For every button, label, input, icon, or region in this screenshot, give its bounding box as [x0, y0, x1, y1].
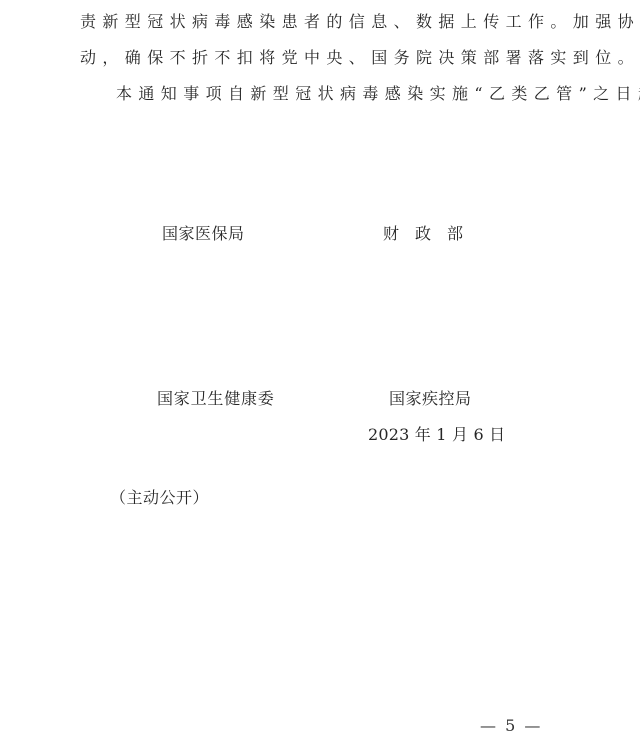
- issue-date: 2023 年 1 月 6 日: [368, 425, 505, 445]
- disclosure-label: （主动公开）: [110, 488, 209, 508]
- signatory-char: 部: [447, 224, 463, 244]
- page-number: — 5 —: [480, 716, 542, 736]
- signatory-cdc: 国家疾控局: [389, 389, 472, 409]
- signatory-ministry-of-finance: 财政部: [383, 224, 463, 244]
- effective-date-clause: 本通知事项自新型冠状病毒感染实施“乙类乙管”之日起施行。: [116, 84, 640, 104]
- signatory-nhsa: 国家医保局: [162, 224, 245, 244]
- body-text-line: 责新型冠状病毒感染患者的信息、数据上传工作。加强协调联: [80, 12, 640, 32]
- signatory-char: 政: [415, 224, 431, 244]
- signatory-nhc: 国家卫生健康委: [157, 389, 275, 409]
- body-text-line: 动，确保不折不扣将党中央、国务院决策部署落实到位。: [80, 48, 640, 68]
- document-page: 责新型冠状病毒感染患者的信息、数据上传工作。加强协调联 动，确保不折不扣将党中央…: [0, 0, 640, 743]
- signatory-char: 财: [383, 224, 399, 244]
